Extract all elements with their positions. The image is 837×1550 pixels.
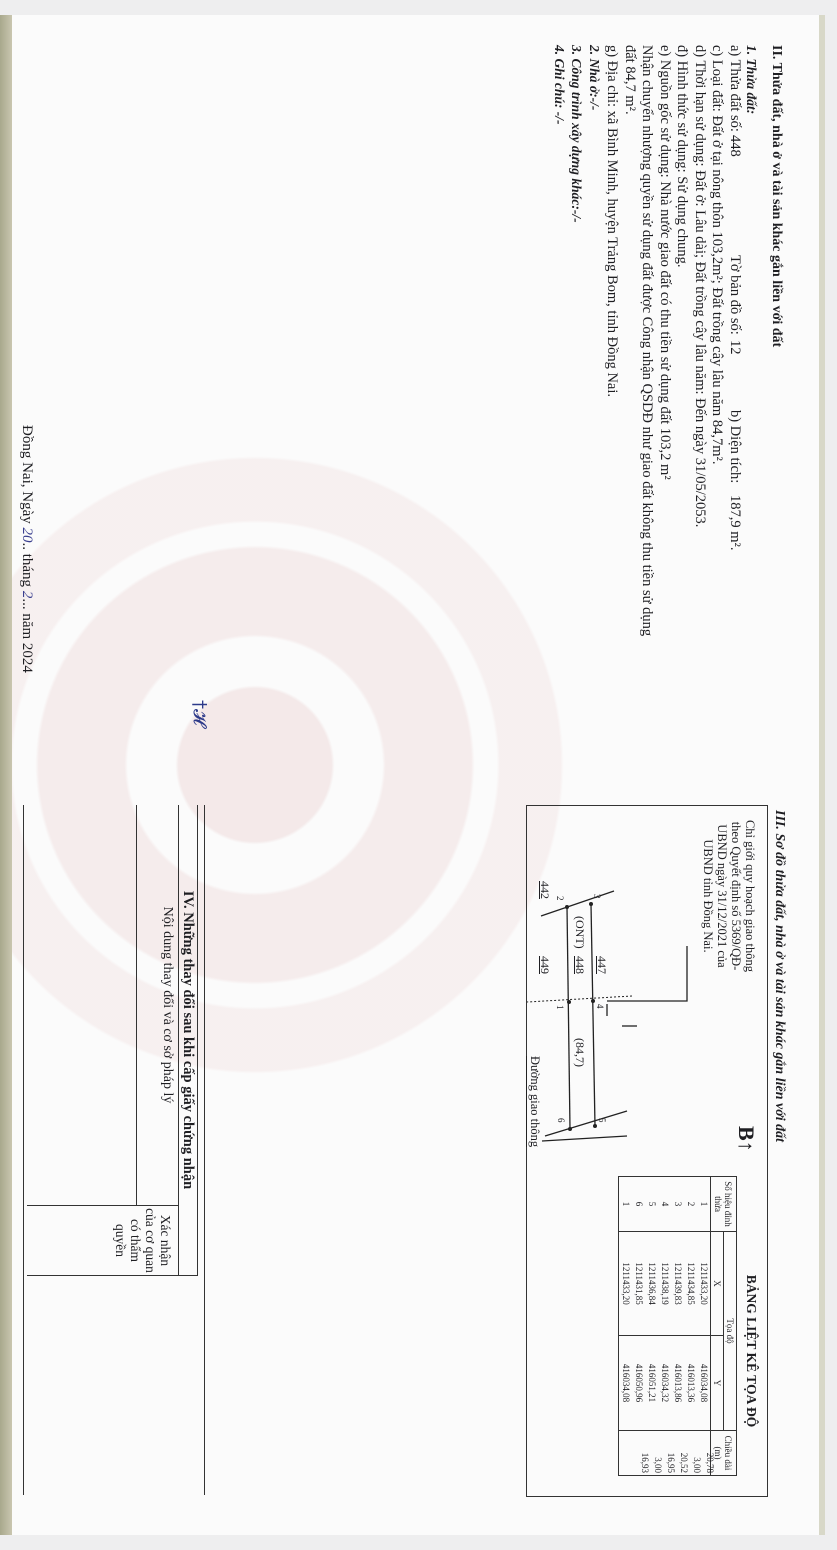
neighbor-447: 447: [594, 956, 609, 974]
usage-form: đ) Hình thức sử dụng: Sử dụng chung.: [673, 45, 691, 765]
date-month-label: tháng: [19, 554, 35, 587]
land-type: c) Loại đất: Đất ở tại nông thôn 103,2m²…: [708, 45, 726, 765]
neighbor-442: 442: [537, 881, 552, 899]
coord-cell-length: 20,52: [677, 1431, 690, 1476]
parcel-number: 448: [726, 135, 744, 255]
coord-cell-x: 1211431,85: [632, 1232, 645, 1336]
road-label: Đường giao thông: [526, 1056, 542, 1147]
other-works-info: 3. Công trình xây dựng khác:-/-: [568, 45, 586, 765]
certificate-page: II. Thửa đất, nhà ở và tài sản khác gắn …: [0, 15, 825, 1535]
parcel-label: a) Thửa đất số:: [726, 45, 744, 135]
coord-cell-length: 3,00: [651, 1431, 664, 1476]
vertex-4: 4: [595, 1004, 605, 1009]
coord-cell-y: 416050,96: [632, 1336, 645, 1431]
authority-confirm-header: Xác nhận của cơ quan có thẩm quyền: [27, 1205, 179, 1275]
land-code: (ONT): [572, 916, 587, 949]
address: g) Địa chỉ: xã Bình Minh, huyện Trảng Bo…: [603, 45, 621, 765]
signature-mark: †𝓗: [189, 700, 210, 725]
header-divider: [136, 805, 137, 1205]
col-x: X: [711, 1232, 724, 1336]
coord-table-title: BẢNG LIỆT KÊ TỌA ĐỘ: [743, 1216, 759, 1486]
origin-line-3: đất 84,7 m².: [621, 45, 639, 765]
col-coord: Tọa độ: [724, 1232, 737, 1431]
page-edge: [819, 15, 825, 1535]
col-y: Y: [711, 1336, 724, 1431]
date-prefix: Đồng Nai, Ngày: [19, 425, 35, 524]
date-year: năm 2024: [19, 613, 35, 673]
north-arrow-icon: B↑: [733, 1126, 759, 1152]
parcel-number-label: 448: [572, 956, 587, 974]
usage-term: d) Thời hạn sử dụng: Đất ở: Lâu dài; Đất…: [691, 45, 709, 765]
coord-cell-length: 16,93: [638, 1431, 651, 1476]
coord-row: 11211433,20416034,08: [619, 1177, 633, 1476]
changes-content-header: Nội dung thay đổi và cơ sở pháp lý: [137, 805, 179, 1205]
coord-cell-length: 20,78: [703, 1431, 717, 1476]
parcel-diagram-box: Chỉ giới quy hoạch giao thông theo Quyết…: [526, 805, 768, 1497]
coord-cell-x: 1211439,83: [671, 1232, 684, 1336]
vertex-3: 3: [592, 894, 602, 899]
section3-heading: III. Sơ đồ thửa đất, nhà ở và tài sản kh…: [771, 810, 787, 1142]
area-value: 187,9 m².: [726, 495, 744, 551]
coord-cell-length: [625, 1431, 639, 1476]
date-day: 20: [19, 527, 35, 542]
coord-cell-point: 4: [658, 1177, 671, 1232]
neighbor-449: 449: [537, 956, 552, 974]
coord-cell-x: 1211438,19: [658, 1232, 671, 1336]
coord-cell-y: 416013,36: [684, 1336, 697, 1431]
col-point: Số hiệu đỉnh thửa: [711, 1177, 737, 1232]
vertex-6: 6: [556, 1118, 566, 1123]
section4-heading: IV. Những thay đổi sau khi cấp giấy chứn…: [178, 805, 197, 1275]
date-month: 2: [19, 591, 35, 599]
origin-line-1: e) Nguồn gốc sử dụng: Nhà nước giao đất …: [656, 45, 674, 765]
parcel-row: a) Thửa đất số:448Tờ bản đồ số:12b) Diện…: [726, 45, 744, 765]
coord-cell-y: 416013,86: [671, 1336, 684, 1431]
coord-cell-x: 1211436,84: [645, 1232, 658, 1336]
section-land-info: II. Thửa đất, nhà ở và tài sản khác gắn …: [551, 45, 786, 765]
coord-cell-point: 1: [697, 1177, 711, 1232]
house-info: 2. Nhà ở:-/-: [586, 45, 604, 765]
coord-cell-point: 6: [632, 1177, 645, 1232]
area-label: b) Diện tích:: [726, 410, 744, 495]
coord-cell-point: 2: [684, 1177, 697, 1232]
issue-date: Đồng Nai, Ngày 20.. tháng 2... năm 2024: [18, 425, 35, 673]
origin-line-2: Nhận chuyển nhượng quyền sử dụng đất đượ…: [638, 45, 656, 765]
coord-cell-y: 416051,21: [645, 1336, 658, 1431]
coord-cell-point: 1: [619, 1177, 633, 1232]
coord-cell-y: 416034,32: [658, 1336, 671, 1431]
map-sheet-label: Tờ bản đồ số:: [726, 255, 744, 340]
land-subheading: 1. Thửa đất:: [743, 45, 761, 765]
coord-cell-length: 3,00: [690, 1431, 703, 1476]
coord-cell-x: 1211434,85: [684, 1232, 697, 1336]
area-annotation: (84,7): [572, 1038, 587, 1067]
coord-cell-point: 3: [671, 1177, 684, 1232]
vertex-2: 2: [555, 896, 565, 901]
vertex-5: 5: [597, 1118, 607, 1123]
coord-cell-y: 416034,08: [619, 1336, 633, 1431]
coord-cell-length: 16,95: [664, 1431, 677, 1476]
section2-heading: II. Thửa đất, nhà ở và tài sản khác gắn …: [768, 45, 786, 765]
notes-info: 4. Ghi chú: -/-: [551, 45, 569, 765]
coord-table: Số hiệu đỉnh thửa Tọa độ Chiều dài (m) X…: [618, 1176, 737, 1476]
coord-cell-point: 5: [645, 1177, 658, 1232]
vertex-1: 1: [555, 1005, 565, 1010]
coord-cell-x: 1211433,20: [619, 1232, 633, 1336]
coord-cell-y: 416034,08: [697, 1336, 711, 1431]
map-sheet-number: 12: [726, 340, 744, 410]
coord-cell-x: 1211433,20: [697, 1232, 711, 1336]
section-changes: IV. Những thay đổi sau khi cấp giấy chứn…: [23, 805, 205, 1495]
